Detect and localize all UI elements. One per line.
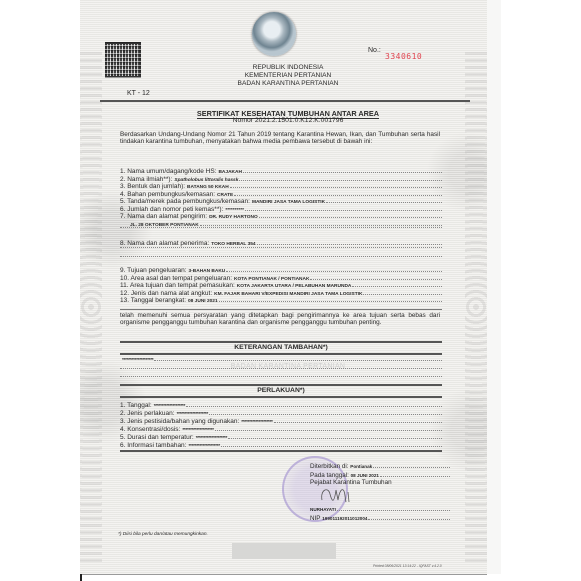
treatment-row: 4. Konsentrasi/dosis:*******************…: [120, 425, 442, 433]
form-code: KT - 12: [127, 90, 150, 97]
issue-date-line: Pada tanggal: 08 JUNI 2021: [310, 471, 450, 480]
blank-line: [120, 376, 442, 377]
perlakuan-heading: PERLAKUAN*): [120, 387, 442, 394]
detail-label: 13. Tanggal berangkat:: [120, 297, 186, 305]
fill-line: [215, 425, 442, 431]
detail-row: 4. Bahan pembungkus/kemasan:CRATE: [120, 190, 442, 198]
detail-row: 3. Bentuk dan jumlah):BATANG 50 KKAH: [120, 182, 442, 190]
detail-row: 13. Tanggal berangkat:08 JUNI 2021: [120, 296, 442, 304]
watermark-text: BADAN KARANTINA PERTANIAN: [190, 363, 386, 370]
intro-paragraph: Berdasarkan Undang-Undang Nomor 21 Tahun…: [120, 131, 440, 146]
fill-line: [186, 401, 442, 407]
detail-row: 9. Tujuan pengeluaran:3-BAHAN BAKU: [120, 266, 442, 274]
keterangan-top-rule: [120, 341, 442, 343]
treatment-label: 6. Informasi tambahan:: [120, 442, 186, 450]
statement-divider: [120, 309, 442, 310]
treatment-row: 5. Durasi dan temperatur:***************…: [120, 433, 442, 441]
fill-line: [219, 296, 442, 302]
treatment-row: 3. Jenis pestisida/bahan yang digunakan:…: [120, 417, 442, 425]
treatment-row: 6. Informasi tambahan:******************…: [120, 441, 442, 449]
serial-number: 3340610: [385, 52, 422, 61]
perlakuan-bottom-rule: [120, 396, 442, 398]
header-divider: [100, 100, 470, 102]
fill-line: [228, 433, 442, 439]
treatment-row: 2. Jenis perlakuan:********************: [120, 409, 442, 417]
fill-line: [363, 289, 442, 295]
perlakuan-top-rule: [120, 384, 442, 386]
fill-line: [257, 239, 442, 245]
fill-line: [209, 409, 442, 415]
keterangan-value: ********************: [122, 357, 153, 365]
fill-line: [239, 175, 442, 181]
detail-value: 08 JUNI 2021: [188, 298, 218, 306]
perlakuan-end-rule: [120, 450, 442, 452]
detail-row: 11. Area tujuan dan tempat pemasukan:KOT…: [120, 281, 442, 289]
officer-identity: NURHAYATI NIP 199011192011012004: [310, 505, 450, 522]
fill-line: [230, 182, 442, 188]
detail-row: 5. Tanda/merek pada pembungkus/kemasan:M…: [120, 197, 442, 205]
blank-line: [120, 247, 442, 248]
fill-line: [310, 274, 442, 280]
fill-line: [326, 197, 442, 203]
blank-line: [120, 256, 442, 257]
signature-icon: [318, 482, 358, 506]
detail-row: 2. Nama ilmiah**):Spatholobus littoralis…: [120, 175, 442, 183]
blank-line: [120, 227, 442, 228]
fill-line: [245, 205, 442, 211]
detail-row: 7. Nama dan alamat pengirim:DR. RUDY HAR…: [120, 212, 442, 220]
nip-line: NIP 199011192011012004: [310, 514, 450, 523]
detail-row: 12. Jenis dan nama alat angkut:KM. FAJAR…: [120, 289, 442, 297]
fill-line: [243, 167, 442, 173]
officer-name: NURHAYATI: [310, 506, 336, 514]
hologram-emblem-icon: [252, 12, 296, 56]
fill-line: [274, 417, 442, 423]
statement-paragraph: telah memenuhi semua persyaratan yang di…: [120, 312, 440, 327]
fill-line: [234, 190, 442, 196]
detail-row: 8. Nama dan alamat penerima:TOKO HERBAL …: [120, 239, 442, 247]
fill-line: [259, 212, 442, 218]
page-corner-shadow: [80, 574, 82, 581]
fill-line: [200, 220, 442, 226]
issue-date-value: 08 JUNI 2021: [351, 472, 379, 480]
fill-line: [226, 266, 442, 272]
keterangan-line: ********************: [120, 355, 442, 363]
detail-row: 10. Area asal dan tempat pengeluaran:KOT…: [120, 274, 442, 282]
fill-line: [352, 281, 442, 287]
issuer-header: REPUBLIK INDONESIA KEMENTERIAN PERTANIAN…: [190, 64, 386, 88]
printed-stamp: Printed 08/06/2021 13:14:22 - IQFAST v.4…: [373, 564, 442, 568]
fill-line: [221, 441, 442, 447]
treatment-row: 1. Tanggal:********************: [120, 401, 442, 409]
officer-name-line: NURHAYATI: [310, 505, 450, 514]
header-line-1: REPUBLIK INDONESIA: [190, 64, 386, 72]
nip-value: 199011192011012004: [322, 515, 367, 523]
qr-code-icon: [105, 42, 141, 78]
issued-at-line: Diterbitkan di: Pontianak: [310, 462, 450, 471]
header-line-2: KEMENTERIAN PERTANIAN: [190, 72, 386, 80]
certificate-number: Nomor 2021.2.1501.0.K12.K.001796: [190, 117, 386, 124]
header-line-3: BADAN KARANTINA PERTANIAN: [190, 80, 386, 88]
redacted-area: [232, 543, 336, 559]
serial-label: No.:: [368, 47, 381, 54]
detail-row: 1. Nama umum/dagang/kode HS:BAJAKAH: [120, 167, 442, 175]
keterangan-heading: KETERANGAN TAMBAHAN*): [120, 344, 442, 351]
detail-row: JL. 28 OKTOBER PONTIANAK: [128, 220, 442, 228]
page-edge: [487, 0, 501, 574]
footnote: *) Diisi bila perlu dan/atau memungkinka…: [118, 532, 208, 537]
detail-row: 6. Jumlah dan nomor peti kemas**):******…: [120, 205, 442, 213]
issued-at-value: Pontianak: [350, 463, 372, 471]
